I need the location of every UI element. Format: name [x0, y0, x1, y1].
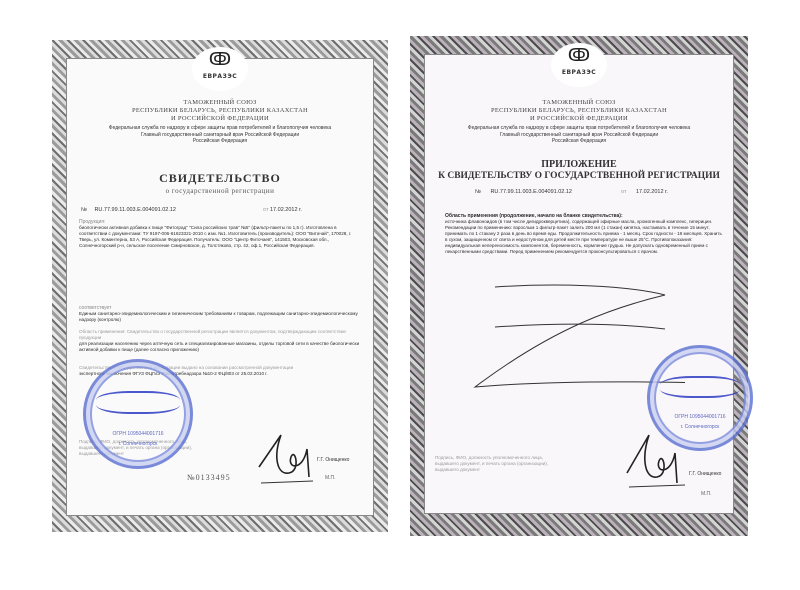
scope-text: источника флавоноидов (в том числе дигид…	[445, 219, 722, 254]
header-line: И РОССИЙСКОЙ ФЕДЕРАЦИИ	[67, 115, 373, 123]
customs-union-header: ТАМОЖЕННЫЙ СОЮЗ РЕСПУБЛИКИ БЕЛАРУСЬ, РЕС…	[425, 99, 733, 123]
header-line: И РОССИЙСКОЙ ФЕДЕРАЦИИ	[425, 115, 733, 123]
agency-line: Российская Федерация	[431, 138, 727, 145]
stamp-place-mark: М.П.	[325, 475, 336, 481]
registration-date: от 17.02.2012 г.	[263, 207, 302, 213]
scope-section: Область применения: Свидетельство о госу…	[79, 329, 361, 353]
certificate-body: ↂ ЕВРАЗЭС ТАМОЖЕННЫЙ СОЮЗ РЕСПУБЛИКИ БЕЛ…	[66, 58, 374, 516]
scope-faint-text: Область применения: Свидетельство о госу…	[79, 329, 361, 341]
certificate-body: ↂ ЕВРАЗЭС ТАМОЖЕННЫЙ СОЮЗ РЕСПУБЛИКИ БЕЛ…	[424, 54, 734, 514]
header-line: РЕСПУБЛИКИ БЕЛАРУСЬ, РЕСПУБЛИКИ КАЗАХСТА…	[425, 107, 733, 115]
stamp-city: г. Солнечногорск	[86, 441, 190, 447]
agency-line: Федеральная служба по надзору в сфере за…	[73, 125, 367, 132]
eurasec-emblem: ↂ ЕВРАЗЭС	[551, 43, 607, 87]
appendix-title: ПРИЛОЖЕНИЕ	[425, 159, 733, 170]
signature-icon	[251, 427, 321, 487]
compliance-section: соответствует Единым санитарно-эпидемиол…	[79, 305, 361, 323]
registration-number: № RU.77.99.11.003.Е.004091.02.12	[81, 207, 176, 213]
form-serial-number: №0133495	[187, 473, 231, 482]
number-prefix: №	[475, 189, 481, 195]
compliance-text: Единым санитарно-эпидемиологическим и ги…	[79, 311, 358, 322]
certificate-subtitle: о государственной регистрации	[67, 187, 373, 195]
eurasec-logo-icon: ↂ	[192, 47, 248, 73]
date-value: 17.02.2012 г.	[636, 189, 668, 195]
product-section: Продукция: биологически активная добавка…	[79, 219, 361, 249]
certificate-right: ↂ ЕВРАЗЭС ТАМОЖЕННЫЙ СОЮЗ РЕСПУБЛИКИ БЕЛ…	[410, 36, 748, 536]
eurasec-logo-icon: ↂ	[551, 43, 607, 69]
emblem-label: ЕВРАЗЭС	[551, 69, 607, 76]
agency-line: Федеральная служба по надзору в сфере за…	[431, 125, 727, 132]
registration-number: № RU.77.99.11.003.Е.004091.02.12	[475, 189, 572, 195]
number-value: RU.77.99.11.003.Е.004091.02.12	[94, 207, 176, 213]
agency-block: Федеральная служба по надзору в сфере за…	[431, 125, 727, 145]
appendix-subtitle: К СВИДЕТЕЛЬСТВУ О ГОСУДАРСТВЕННОЙ РЕГИСТ…	[425, 171, 733, 181]
header-line: ТАМОЖЕННЫЙ СОЮЗ	[425, 99, 733, 107]
number-value: RU.77.99.11.003.Е.004091.02.12	[490, 189, 572, 195]
date-value: 17.02.2012 г.	[270, 207, 302, 213]
certificate-left: ↂ ЕВРАЗЭС ТАМОЖЕННЫЙ СОЮЗ РЕСПУБЛИКИ БЕЛ…	[52, 40, 388, 532]
date-prefix: от	[263, 207, 268, 213]
stamp-signature-scribble	[96, 391, 179, 414]
agency-line: Российская Федерация	[73, 138, 367, 145]
signer-name: Г.Г. Онищенко	[689, 471, 721, 477]
certificate-title: СВИДЕТЕЛЬСТВО	[67, 171, 373, 186]
signature-icon	[621, 425, 691, 495]
number-prefix: №	[81, 207, 87, 213]
scope-text: для реализации населению через аптечную …	[79, 341, 359, 352]
date-prefix: от	[621, 189, 626, 195]
emblem-label: ЕВРАЗЭС	[192, 73, 248, 80]
stamp-ogrn: ОГРН 1095044001716	[86, 431, 190, 437]
signer-name: Г.Г. Онищенко	[317, 457, 349, 463]
product-text: биологически активная добавка к пище "Фи…	[79, 225, 351, 248]
agency-block: Федеральная служба по надзору в сфере за…	[73, 125, 367, 145]
signature-caption: Подпись, ФИО, должность уполномоченного …	[435, 455, 565, 473]
registration-date: от 17.02.2012 г.	[621, 189, 668, 195]
stamp-ogrn: ОГРН 1095044001716	[650, 414, 750, 420]
scope-continuation: Область применения (продолжение, начало …	[445, 213, 723, 255]
stamp-signature-scribble	[660, 376, 740, 398]
header-line: РЕСПУБЛИКИ БЕЛАРУСЬ, РЕСПУБЛИКИ КАЗАХСТА…	[67, 107, 373, 115]
header-line: ТАМОЖЕННЫЙ СОЮЗ	[67, 99, 373, 107]
eurasec-emblem: ↂ ЕВРАЗЭС	[192, 47, 248, 91]
customs-union-header: ТАМОЖЕННЫЙ СОЮЗ РЕСПУБЛИКИ БЕЛАРУСЬ, РЕС…	[67, 99, 373, 123]
stamp-place-mark: М.П.	[701, 491, 712, 497]
official-stamp: ОГРН 1095044001716 г. Солнечногорск	[83, 359, 193, 469]
